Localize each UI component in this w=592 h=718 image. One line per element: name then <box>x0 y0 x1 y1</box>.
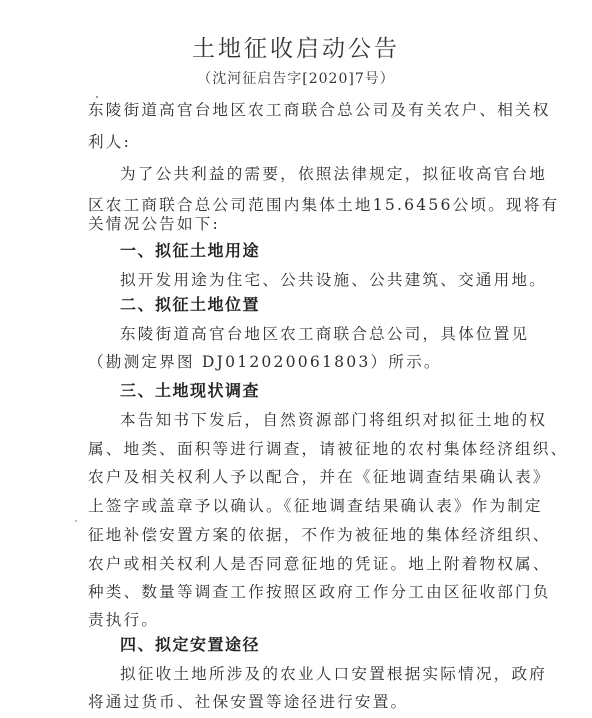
section-body-line: 农户及相关权利人予以配合，并在《征地调查结果确认表》 <box>88 465 551 487</box>
section-body-line: 本告知书下发后，自然资源部门将组织对拟征土地的权 <box>120 408 547 430</box>
section-heading-land-survey: 三、土地现状调查 <box>120 378 260 401</box>
intro-line: 关情况公告如下: <box>88 212 220 234</box>
scan-speck <box>96 96 98 98</box>
document-page: 土地征收启动公告 （沈河征启告字[2020]7号） 东陵街道高官台地区农工商联合… <box>0 0 592 718</box>
addressee-line: 利人: <box>88 130 131 152</box>
section-body-line: 属、地类、面积等进行调查，请被征地的农村集体经济组织、 <box>88 437 568 459</box>
section-body-line: 责执行。 <box>88 608 159 630</box>
intro-line: 为了公共利益的需要，依照法律规定，拟征收高官台地 <box>120 162 547 184</box>
addressee-line: 东陵街道高官台地区农工商联合总公司及有关农户、相关权 <box>88 98 551 120</box>
document-number: （沈河征启告字[2020]7号） <box>0 68 592 88</box>
section-heading-resettlement: 四、拟定安置途径 <box>120 632 260 655</box>
document-title: 土地征收启动公告 <box>0 30 592 63</box>
section-body-line: 种类、数量等调查工作按照区政府工作分工由区征收部门负 <box>88 580 551 602</box>
section-heading-land-location: 二、拟征土地位置 <box>120 292 260 315</box>
section-body-line: 拟开发用途为住宅、公共设施、公共建筑、交通用地。 <box>120 268 547 290</box>
section-body-line: （勘测定界图 DJ012020061803）所示。 <box>88 350 442 372</box>
scan-speck <box>75 520 77 522</box>
section-body-line: 将通过货币、社保安置等途径进行安置。 <box>88 690 408 712</box>
section-heading-land-use: 一、拟征土地用途 <box>120 238 260 261</box>
section-body-line: 东陵街道高官台地区农工商联合总公司，具体位置见 <box>120 322 529 344</box>
section-body-line: 拟征收土地所涉及的农业人口安置根据实际情况，政府 <box>120 662 547 684</box>
section-body-line: 农户或相关权利人是否同意征地的凭证。地上附着物权属、 <box>88 552 551 574</box>
section-body-line: 征地补偿安置方案的依据，不作为被征地的集体经济组织、 <box>88 523 551 545</box>
section-body-line: 上签字或盖章予以确认。《征地调查结果确认表》作为制定 <box>88 494 543 516</box>
